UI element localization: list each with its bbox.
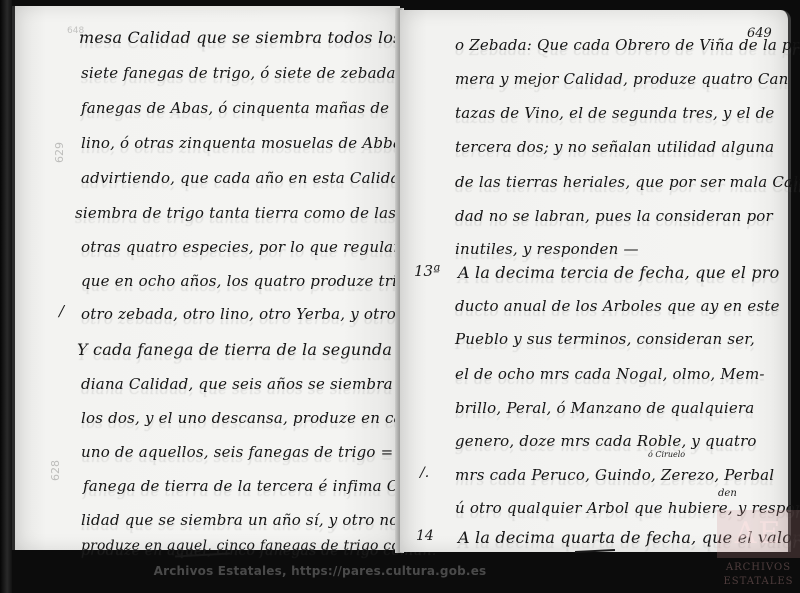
- manuscript-line: fanegas de Abas, ó cinquenta mañas de: [81, 99, 389, 117]
- archive-credit-bar: Archivos Estatales, https://pares.cultur…: [0, 556, 800, 593]
- interlinear-insertion-right: den: [718, 488, 737, 499]
- manuscript-line: dad no se labran, pues la consideran por: [455, 207, 773, 225]
- pencil-margin-number: 628: [49, 460, 62, 481]
- manuscript-line: o Zebada: Que cada Obrero de Viña de la …: [455, 36, 800, 54]
- archive-credit-text: Archivos Estatales, https://pares.cultur…: [0, 564, 640, 578]
- interlinear-insertion: ó Ciruelo: [648, 450, 685, 459]
- pencil-margin-number: 629: [53, 142, 66, 163]
- right-page: 649 o Zebada: Que cada Obrero de Viña de…: [400, 10, 791, 552]
- watermark-line-2: ESTATALES: [717, 576, 800, 587]
- archivos-estatales-watermark: AE ARCHIVOS ESTATALES: [717, 510, 800, 593]
- margin-question-number-14: 14: [416, 528, 434, 544]
- manuscript-line: diana Calidad, que seis años se siembra: [81, 375, 393, 393]
- manuscript-line: mera y mejor Calidad, produze quatro Can: [455, 70, 789, 88]
- manuscript-line: lidad que se siembra un año sí, y otro n…: [81, 511, 404, 529]
- manuscript-line: inutiles, y responden —: [455, 240, 639, 258]
- manuscript-line: mrs cada Peruco, Guindo, Zerezo, Perbal: [455, 466, 774, 484]
- left-page: 648 629 628 mesa Calidad que se siembra …: [12, 6, 400, 550]
- book-binding-edge: [0, 0, 12, 593]
- manuscript-line: genero, doze mrs cada Roble, y quatro: [455, 432, 757, 450]
- manuscript-line: lino, ó otras zinquenta mosuelas de Abba…: [81, 134, 415, 152]
- manuscript-line: tercera dos; y no señalan utilidad algun…: [455, 138, 774, 156]
- manuscript-line: los dos, y el uno descansa, produze en c…: [81, 409, 422, 427]
- manuscript-line: el de ocho mrs cada Nogal, olmo, Mem-: [455, 365, 765, 383]
- manuscript-line: brillo, Peral, ó Manzano de qualquiera: [455, 399, 754, 417]
- margin-slash-mark: /.: [420, 465, 429, 481]
- manuscript-line: A la decima tercia de fecha, que el pro: [458, 263, 779, 282]
- manuscript-line: produze en aquel, cinco fanegas de trigo…: [81, 538, 437, 554]
- manuscript-line: que en ocho años, los quatro produze tri…: [81, 272, 421, 290]
- manuscript-line: Pueblo y sus terminos, consideran ser,: [455, 330, 755, 348]
- manuscript-line: Y cada fanega de tierra de la segunda y …: [77, 340, 443, 359]
- watermark-line-1: ARCHIVOS: [717, 562, 800, 573]
- manuscript-line: mesa Calidad que se siembra todos los añ…: [79, 28, 445, 47]
- manuscript-line: ducto anual de los Arboles que ay en est…: [455, 297, 780, 315]
- watermark-logo-icon: AE: [717, 516, 800, 551]
- manuscript-line: otras quatro especies, por lo que regula…: [81, 238, 403, 256]
- underline-flourish: [575, 549, 615, 553]
- manuscript-line: advirtiendo, que cada año en esta Calida…: [81, 169, 431, 187]
- margin-question-number-13: 13ª: [414, 262, 440, 280]
- manuscript-line: de las tierras heriales, que por ser mal…: [455, 173, 800, 191]
- manuscript-line: tazas de Vino, el de segunda tres, y el …: [455, 104, 775, 122]
- manuscript-line: siembra de trigo tanta tierra como de la…: [75, 204, 396, 222]
- manuscript-scan: 648 629 628 mesa Calidad que se siembra …: [0, 0, 800, 593]
- margin-slash-mark: /: [59, 302, 64, 320]
- manuscript-line: fanega de tierra de la tercera é infima …: [83, 477, 413, 495]
